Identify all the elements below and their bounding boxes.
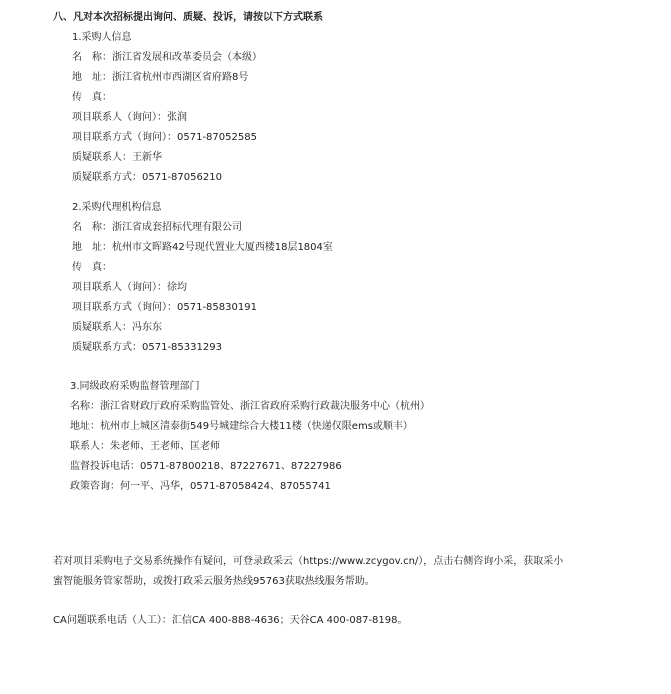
purchaser-name: 名 称：浙江省发展和改革委员会（本级） <box>72 51 262 65</box>
agency-project-phone: 项目联系方式（询问）：0571-85830191 <box>72 301 257 315</box>
purchaser-fax: 传 真： <box>72 91 112 105</box>
supervisor-complaint-phone: 监督投诉电话：0571-87800218、87227671、87227986 <box>70 460 342 474</box>
purchaser-project-phone: 项目联系方式（询问）：0571-87052585 <box>72 131 257 145</box>
agency-query-phone: 质疑联系方式：0571-85331293 <box>72 341 222 355</box>
supervisor-contacts: 联系人：朱老师、王老师、匡老师 <box>70 440 220 454</box>
purchaser-query-contact: 质疑联系人：王新华 <box>72 151 162 165</box>
purchaser-address: 地 址：浙江省杭州市西湖区省府路8号 <box>72 71 248 85</box>
purchaser-query-phone: 质疑联系方式：0571-87056210 <box>72 171 222 185</box>
section-heading: 八、凡对本次招标提出询问、质疑、投诉，请按以下方式联系 <box>53 11 323 25</box>
help-text-line-1: 若对项目采购电子交易系统操作有疑问，可登录政采云（https://www.zcy… <box>53 555 563 569</box>
supervisor-name: 名称：浙江省财政厅政府采购监管处、浙江省政府采购行政裁决服务中心（杭州） <box>70 400 430 414</box>
agency-address: 地 址：杭州市文晖路42号现代置业大厦西楼18层1804室 <box>72 241 333 255</box>
agency-fax: 传 真： <box>72 261 112 275</box>
purchaser-project-contact: 项目联系人（询问）：张润 <box>72 111 187 125</box>
agency-project-contact: 项目联系人（询问）：徐均 <box>72 281 187 295</box>
ca-contact-line: CA问题联系电话（人工）：汇信CA 400-888-4636；天谷CA 400-… <box>53 614 408 628</box>
help-text-line-2: 蜜智能服务管家帮助，或拨打政采云服务热线95763获取热线服务帮助。 <box>53 575 375 589</box>
supervisor-title: 3.同级政府采购监督管理部门 <box>70 380 200 394</box>
purchaser-title: 1.采购人信息 <box>72 31 132 45</box>
supervisor-address: 地址：杭州市上城区清泰街549号城建综合大楼11楼（快递仅限ems或顺丰） <box>70 420 413 434</box>
agency-name: 名 称：浙江省成套招标代理有限公司 <box>72 221 242 235</box>
supervisor-policy-consult: 政策咨询：何一平、冯华，0571-87058424、87055741 <box>70 480 331 494</box>
agency-title: 2.采购代理机构信息 <box>72 201 162 215</box>
agency-query-contact: 质疑联系人：冯东东 <box>72 321 162 335</box>
